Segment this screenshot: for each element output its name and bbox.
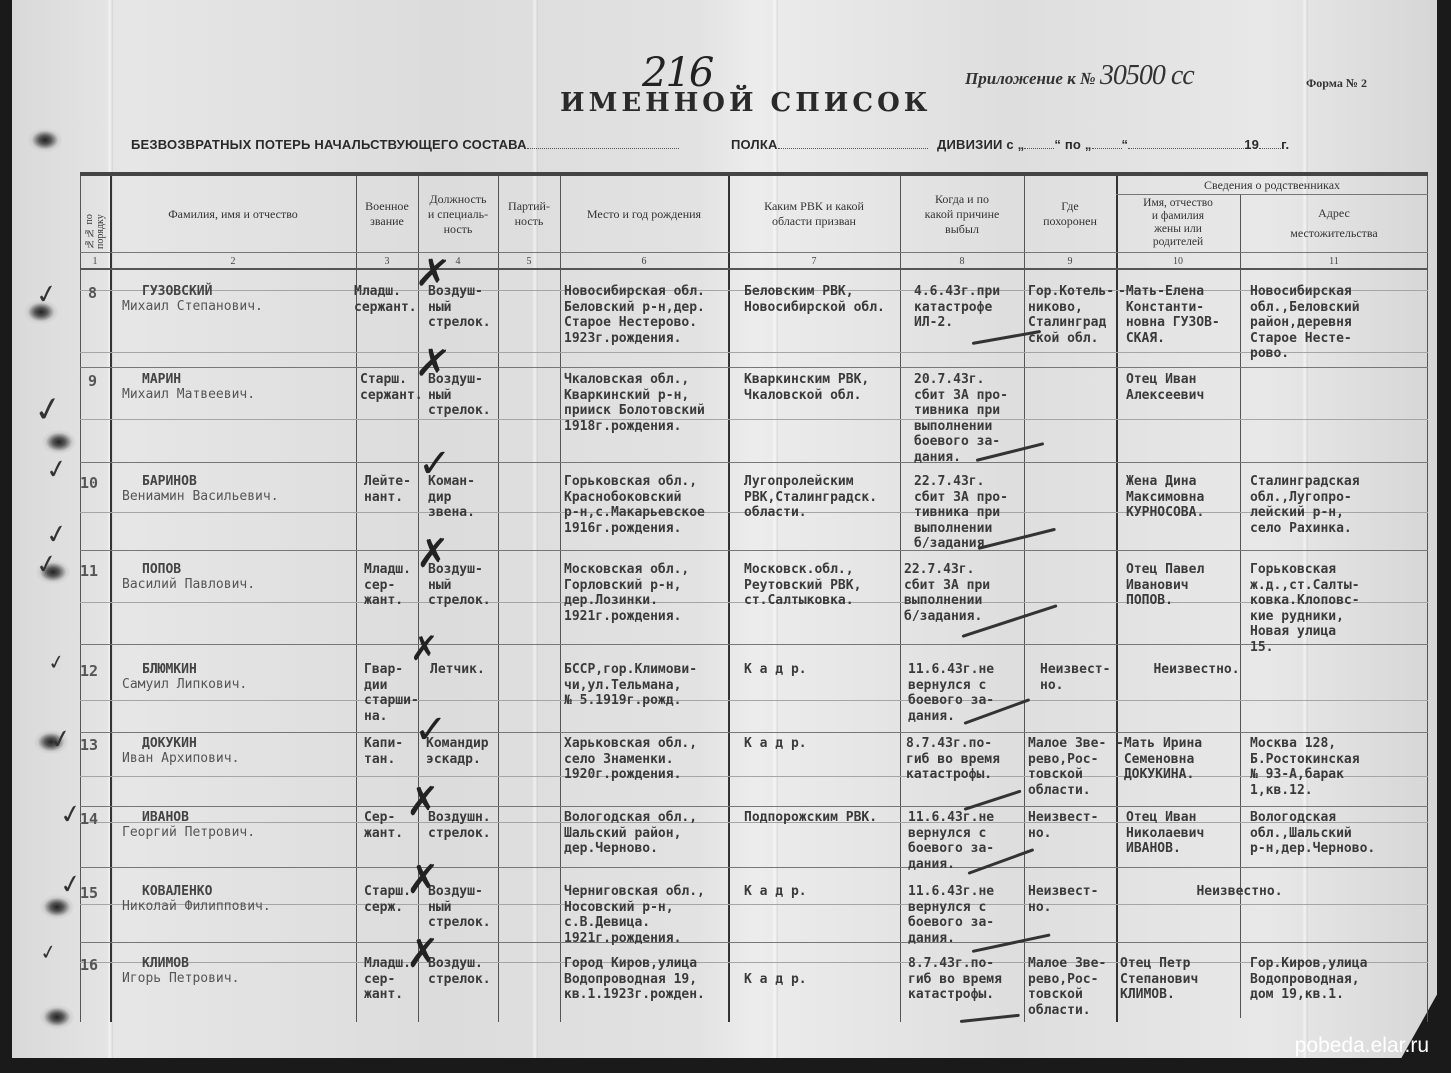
- relative-name: Неизвестно.: [1126, 884, 1283, 900]
- row-number: 13: [80, 736, 98, 754]
- loss-date-reason: 4.6.43г.при катастрофе ИЛ-2.: [914, 284, 1000, 331]
- subtitle-losses-text: БЕЗВОЗВРАТНЫХ ПОТЕРЬ НАЧАЛЬСТВУЮЩЕГО СОС…: [131, 137, 527, 152]
- birthplace: Харьковская обл., село Знаменки. 1920г.р…: [564, 736, 697, 783]
- header-position-line: Должность: [429, 192, 486, 207]
- row-border: [80, 550, 1428, 551]
- given-name: Георгий Петрович.: [122, 825, 255, 841]
- header-relative-line: Имя, отчество: [1143, 197, 1213, 210]
- given-name: Михаил Степанович.: [122, 299, 263, 315]
- relative-name: -Мать-Елена Константи- новна ГУЗОВ- СКАЯ…: [1118, 284, 1220, 346]
- header-address-line: местожительства: [1290, 223, 1377, 243]
- date-from-blank: [1024, 148, 1054, 149]
- check-x-mark-icon: ✗: [410, 632, 439, 666]
- column-number: 3: [356, 256, 418, 267]
- surname: ДОКУКИН: [142, 736, 197, 752]
- draft-office: К а д р.: [744, 662, 807, 678]
- row-border: [80, 904, 1428, 905]
- column-number: 6: [560, 256, 728, 267]
- loss-date-reason: 8.7.43г.по- гиб во время катастрофы.: [906, 736, 1000, 783]
- surname: КОВАЛЕНКО: [142, 884, 212, 900]
- burial-place: Неизвест- но.: [1028, 884, 1098, 915]
- loss-date-reason: 11.6.43г.не вернулся с боевого за- дания…: [908, 884, 994, 946]
- relative-address: Гор.Киров,улица Водопроводная, дом 19,кв…: [1250, 956, 1367, 1003]
- losses-table: №№ по порядку Фамилия, имя и отчество Во…: [80, 172, 1428, 1022]
- given-name: Иван Архипович.: [122, 751, 239, 767]
- row-border: [80, 776, 1428, 777]
- appendix-label: Приложение к №: [965, 69, 1096, 88]
- given-name: Михаил Матвеевич.: [122, 387, 255, 403]
- burial-place: Малое Зве- рево,Рос- товской области.: [1028, 956, 1106, 1018]
- draft-office: Кваркинским РВК, Чкаловской обл.: [744, 372, 869, 403]
- loss-date-reason: 22.7.43г. сбит ЗА при выполнении б/задан…: [904, 562, 990, 624]
- header-party-line: ность: [515, 214, 544, 229]
- row-border: [80, 419, 1428, 420]
- row-number: 10: [80, 474, 98, 492]
- check-x-mark-icon: ✗: [406, 860, 440, 900]
- relative-address: Новосибирская обл.,Беловский район,дерев…: [1250, 284, 1360, 362]
- watermark: pobeda.elar.ru: [1295, 1034, 1429, 1058]
- row-border: [80, 806, 1428, 807]
- header-name: Фамилия, имя и отчество: [110, 176, 356, 252]
- regiment-label: ПОЛКА: [731, 137, 778, 152]
- check-x-mark-icon: ✗: [416, 534, 450, 574]
- header-when-line: какой причине: [925, 207, 1000, 222]
- birthplace: Вологодская обл., Шальский район, дер.Че…: [564, 810, 697, 857]
- relative-name: Жена Дина Максимовна КУРНОСОВА.: [1126, 474, 1204, 521]
- row-number: 16: [80, 956, 98, 974]
- row-number: 8: [88, 284, 97, 302]
- row-border: [80, 644, 1428, 645]
- division-label: ДИВИЗИИ с „: [937, 137, 1024, 152]
- draft-office: К а д р.: [744, 736, 807, 752]
- rank: Младш. сержант.: [354, 284, 417, 315]
- punch-hole-icon: [40, 1005, 74, 1029]
- check-x-mark-icon: ✗: [406, 782, 440, 822]
- check-x-mark-icon: ✗: [406, 934, 440, 974]
- row-border: [80, 942, 1428, 943]
- appendix-stamp: Приложение к № 30500 сс: [965, 60, 1194, 92]
- header-party-line: Партий-: [508, 199, 550, 214]
- birthplace: БССР,гор.Климови- чи,ул.Тельмана, № 5.19…: [564, 662, 697, 709]
- birthplace: Горьковская обл., Краснобоковский р-н,с.…: [564, 474, 705, 536]
- header-address-line: Адрес: [1318, 203, 1350, 223]
- relative-name: -Мать Ирина Семеновна ДОКУКИНА.: [1116, 736, 1202, 783]
- header-relative-line: жены или: [1154, 223, 1202, 236]
- draft-office: Беловским РВК, Новосибирской обл.: [744, 284, 885, 315]
- column-number: 1: [80, 256, 110, 267]
- checkmark-icon: ✓: [414, 710, 448, 750]
- header-birth: Место и год рождения: [560, 176, 728, 252]
- form-number: Форма № 2: [1306, 76, 1367, 91]
- relative-address: Вологодская обл.,Шальский р-н,дер.Чернов…: [1250, 810, 1375, 857]
- surname: ГУЗОВСКИЙ: [142, 284, 212, 300]
- birthplace: Черниговская обл., Носовский р-н, с.В.Де…: [564, 884, 705, 946]
- rank: Лейте- нант.: [364, 474, 411, 505]
- col-border: [110, 176, 112, 1022]
- row-number: 11: [80, 562, 98, 580]
- date-to-blank: [1092, 148, 1122, 149]
- punch-hole-icon: [28, 128, 62, 152]
- date-to-label: “ по „: [1054, 137, 1091, 152]
- surname: КЛИМОВ: [142, 956, 189, 972]
- check-x-mark-icon: ✗: [413, 252, 452, 296]
- row-border: [80, 367, 1428, 368]
- loss-date-reason: 11.6.43г.не вернулся с боевого за- дания…: [908, 810, 994, 872]
- draft-office: Подпорожским РВК.: [744, 810, 877, 826]
- given-name: Игорь Петрович.: [122, 971, 239, 987]
- check-x-mark-icon: ✗: [413, 342, 452, 386]
- given-name: Василий Павлович.: [122, 577, 255, 593]
- row-border: [80, 962, 1428, 963]
- header-when: Когда и по какой причине выбыл: [900, 176, 1024, 252]
- rank: Капи- тан.: [364, 736, 403, 767]
- birthplace: Чкаловская обл., Кваркинский р-н, прииск…: [564, 372, 705, 434]
- relative-name: Отец Павел Иванович ПОПОВ.: [1126, 562, 1204, 609]
- relative-name: Отец Петр Степанович КЛИМОВ.: [1120, 956, 1198, 1003]
- header-party: Партий- ность: [498, 176, 560, 252]
- given-name: Вениамин Васильевич.: [122, 489, 279, 505]
- loss-date-reason: 8.7.43г.по- гиб во время катастрофы.: [908, 956, 1002, 1003]
- row-number: 12: [80, 662, 98, 680]
- col-border: [1024, 176, 1025, 1022]
- loss-date-reason: 20.7.43г. сбит ЗА про- тивника при выпол…: [914, 372, 1008, 465]
- header-buried-line: Где: [1061, 199, 1078, 214]
- header-rvk: Каким РВК и какой области призван: [728, 176, 900, 252]
- header-rank-line: звание: [370, 214, 404, 229]
- header-relatives-group: Сведения о родственниках: [1116, 176, 1428, 194]
- birthplace: Новосибирская обл. Беловский р-н,дер. Ст…: [564, 284, 705, 346]
- surname: МАРИН: [142, 372, 181, 388]
- rank: Старш. серж.: [364, 884, 411, 915]
- burial-place: Малое Зве- рево,Рос- товской области.: [1028, 736, 1106, 798]
- burial-place: Гор.Котель- никово, Сталинград ской обл.: [1028, 284, 1114, 346]
- relative-address: Горьковская ж.д.,ст.Салты- ковка.Клоповс…: [1250, 562, 1360, 655]
- subtitle-regiment: ПОЛКА: [731, 137, 928, 152]
- burial-place: Неизвест- но.: [1040, 662, 1110, 693]
- year-label: 19: [1244, 137, 1259, 152]
- col-border: [900, 176, 901, 1022]
- column-number: 7: [728, 256, 900, 267]
- surname: БАРИНОВ: [142, 474, 197, 490]
- header-position-line: и специаль-: [428, 207, 488, 222]
- month-blank: [1128, 148, 1244, 149]
- column-number: 8: [900, 256, 1024, 267]
- draft-office: Лугопролейским РВК,Сталинградск. области…: [744, 474, 877, 521]
- quote-close: “: [1122, 137, 1129, 152]
- header-rvk-line: области призван: [772, 214, 856, 229]
- row-number: 15: [80, 884, 98, 902]
- col-border: [1427, 176, 1428, 1022]
- row-border: [80, 268, 1428, 270]
- col-border: [498, 176, 499, 1022]
- header-rank: Военное звание: [356, 176, 418, 252]
- year-suffix: г.: [1281, 137, 1289, 152]
- column-number: 10: [1116, 256, 1240, 267]
- birthplace: Московская обл., Горловский р-н, дер.Лоз…: [564, 562, 689, 624]
- row-border: [80, 700, 1428, 701]
- relative-name: Отец Иван Алексеевич: [1126, 372, 1204, 403]
- row-border: [80, 462, 1428, 463]
- header-address: Адрес местожительства: [1240, 194, 1428, 252]
- column-number: 5: [498, 256, 560, 267]
- header-position: Должность и специаль- ность: [418, 176, 498, 252]
- header-when-line: выбыл: [945, 222, 979, 237]
- header-buried: Где похоронен: [1024, 176, 1116, 252]
- surname: ИВАНОВ: [142, 810, 189, 826]
- year-blank: [1259, 148, 1281, 149]
- relative-address: Сталинградская обл.,Лугопро- лейский р-н…: [1250, 474, 1360, 536]
- checkmark-icon: ✓: [418, 444, 452, 484]
- given-name: Самуил Липкович.: [122, 677, 247, 693]
- col-border: [728, 176, 730, 1022]
- header-buried-line: похоронен: [1043, 214, 1097, 229]
- relative-name: Отец Иван Николаевич ИВАНОВ.: [1126, 810, 1204, 857]
- header-relative-line: и фамилия: [1152, 210, 1204, 223]
- column-number: 9: [1024, 256, 1116, 267]
- row-number: 9: [88, 372, 97, 390]
- subtitle-division: ДИВИЗИИ с „“ по „“19г.: [937, 137, 1289, 152]
- header-position-line: ность: [444, 222, 473, 237]
- header-relative-line: родителей: [1153, 236, 1203, 249]
- birthplace: Город Киров,улица Водопроводная 19, кв.1…: [564, 956, 705, 1003]
- relative-name: Неизвестно.: [1130, 662, 1240, 678]
- pencil-stroke: [964, 790, 1022, 811]
- column-number: 11: [1240, 256, 1428, 267]
- appendix-number: 30500 сс: [1100, 60, 1194, 91]
- loss-date-reason: 22.7.43г. сбит ЗА про- тивника при выпол…: [914, 474, 1008, 552]
- header-num: №№ по порядку: [84, 212, 108, 252]
- given-name: Николай Филиппович.: [122, 899, 271, 915]
- header-rvk-line: Каким РВК и какой: [764, 199, 864, 214]
- pencil-stroke: [960, 1014, 1020, 1023]
- row-number: 14: [80, 810, 98, 828]
- rank: Сер- жант.: [364, 810, 403, 841]
- page-title: ИМЕННОЙ СПИСОК: [560, 88, 931, 118]
- rank: Младш. сер- жант.: [364, 562, 411, 609]
- row-border: [80, 252, 1428, 253]
- punch-hole-icon: [42, 430, 76, 454]
- col-border: [560, 176, 561, 1022]
- regiment-blank: [527, 148, 679, 149]
- division-blank: [778, 148, 928, 149]
- header-relative-name: Имя, отчество и фамилия жены или родител…: [1116, 194, 1240, 252]
- row-border: [80, 352, 1428, 353]
- subtitle-losses: БЕЗВОЗВРАТНЫХ ПОТЕРЬ НАЧАЛЬСТВУЮЩЕГО СОС…: [131, 137, 679, 152]
- rank: Гвар- дии старши- на.: [364, 662, 419, 724]
- column-number: 2: [110, 256, 356, 267]
- burial-place: Неизвест- но.: [1028, 810, 1098, 841]
- surname: БЛЮМКИН: [142, 662, 197, 678]
- draft-office: Московск.обл., Реутовский РВК, ст.Салтык…: [744, 562, 861, 609]
- surname: ПОПОВ: [142, 562, 181, 578]
- row-border: [80, 732, 1428, 733]
- draft-office: К а д р.: [744, 972, 807, 988]
- row-border: [80, 867, 1428, 868]
- draft-office: К а д р.: [744, 884, 807, 900]
- header-rank-line: Военное: [365, 199, 409, 214]
- relative-address: Москва 128, Б.Ростокинская № 93-А,барак …: [1250, 736, 1360, 798]
- rank: Младш. сер- жант.: [364, 956, 411, 1003]
- header-when-line: Когда и по: [935, 192, 989, 207]
